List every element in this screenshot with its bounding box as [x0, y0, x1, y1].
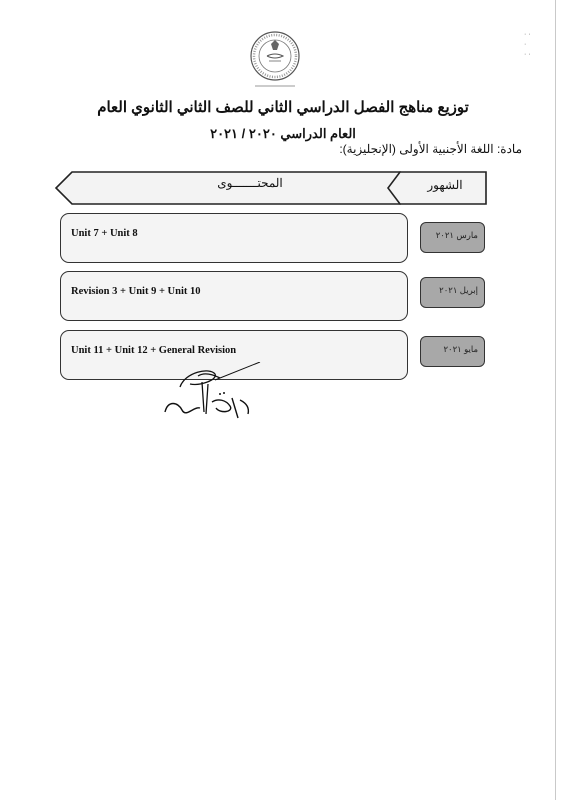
- table-row-month: مايو ٢٠٢١: [420, 336, 485, 367]
- table-row-content: Revision 3 + Unit 9 + Unit 10: [60, 271, 408, 321]
- content-text: Unit 11 + Unit 12 + General Revision: [71, 345, 236, 356]
- ministry-seal-icon: [249, 30, 301, 82]
- academic-year: العام الدراسي ٢٠٢٠ / ٢٠٢١: [0, 126, 566, 142]
- seal-caption: [255, 85, 295, 87]
- header-months: الشهور: [405, 178, 485, 192]
- header-content: المحتـــــــوى: [150, 176, 350, 190]
- scan-specks: · ··· ·: [524, 30, 531, 60]
- table-row-month: مارس ٢٠٢١: [420, 222, 485, 253]
- subject-label: مادة: اللغة الأجنبية الأولى (الإنجليزية)…: [339, 142, 522, 156]
- document-title: توزيع مناهج الفصل الدراسي الثاني للصف ال…: [0, 98, 566, 116]
- month-text: مايو ٢٠٢١: [443, 344, 478, 355]
- month-text: إبريل ٢٠٢١: [439, 285, 478, 296]
- content-text: Unit 7 + Unit 8: [71, 228, 138, 239]
- table-row-month: إبريل ٢٠٢١: [420, 277, 485, 308]
- signature-icon: [160, 362, 280, 427]
- table-row-content: Unit 7 + Unit 8: [60, 213, 408, 263]
- month-text: مارس ٢٠٢١: [436, 230, 478, 241]
- page-edge-line: [555, 0, 556, 800]
- content-text: Revision 3 + Unit 9 + Unit 10: [71, 286, 201, 297]
